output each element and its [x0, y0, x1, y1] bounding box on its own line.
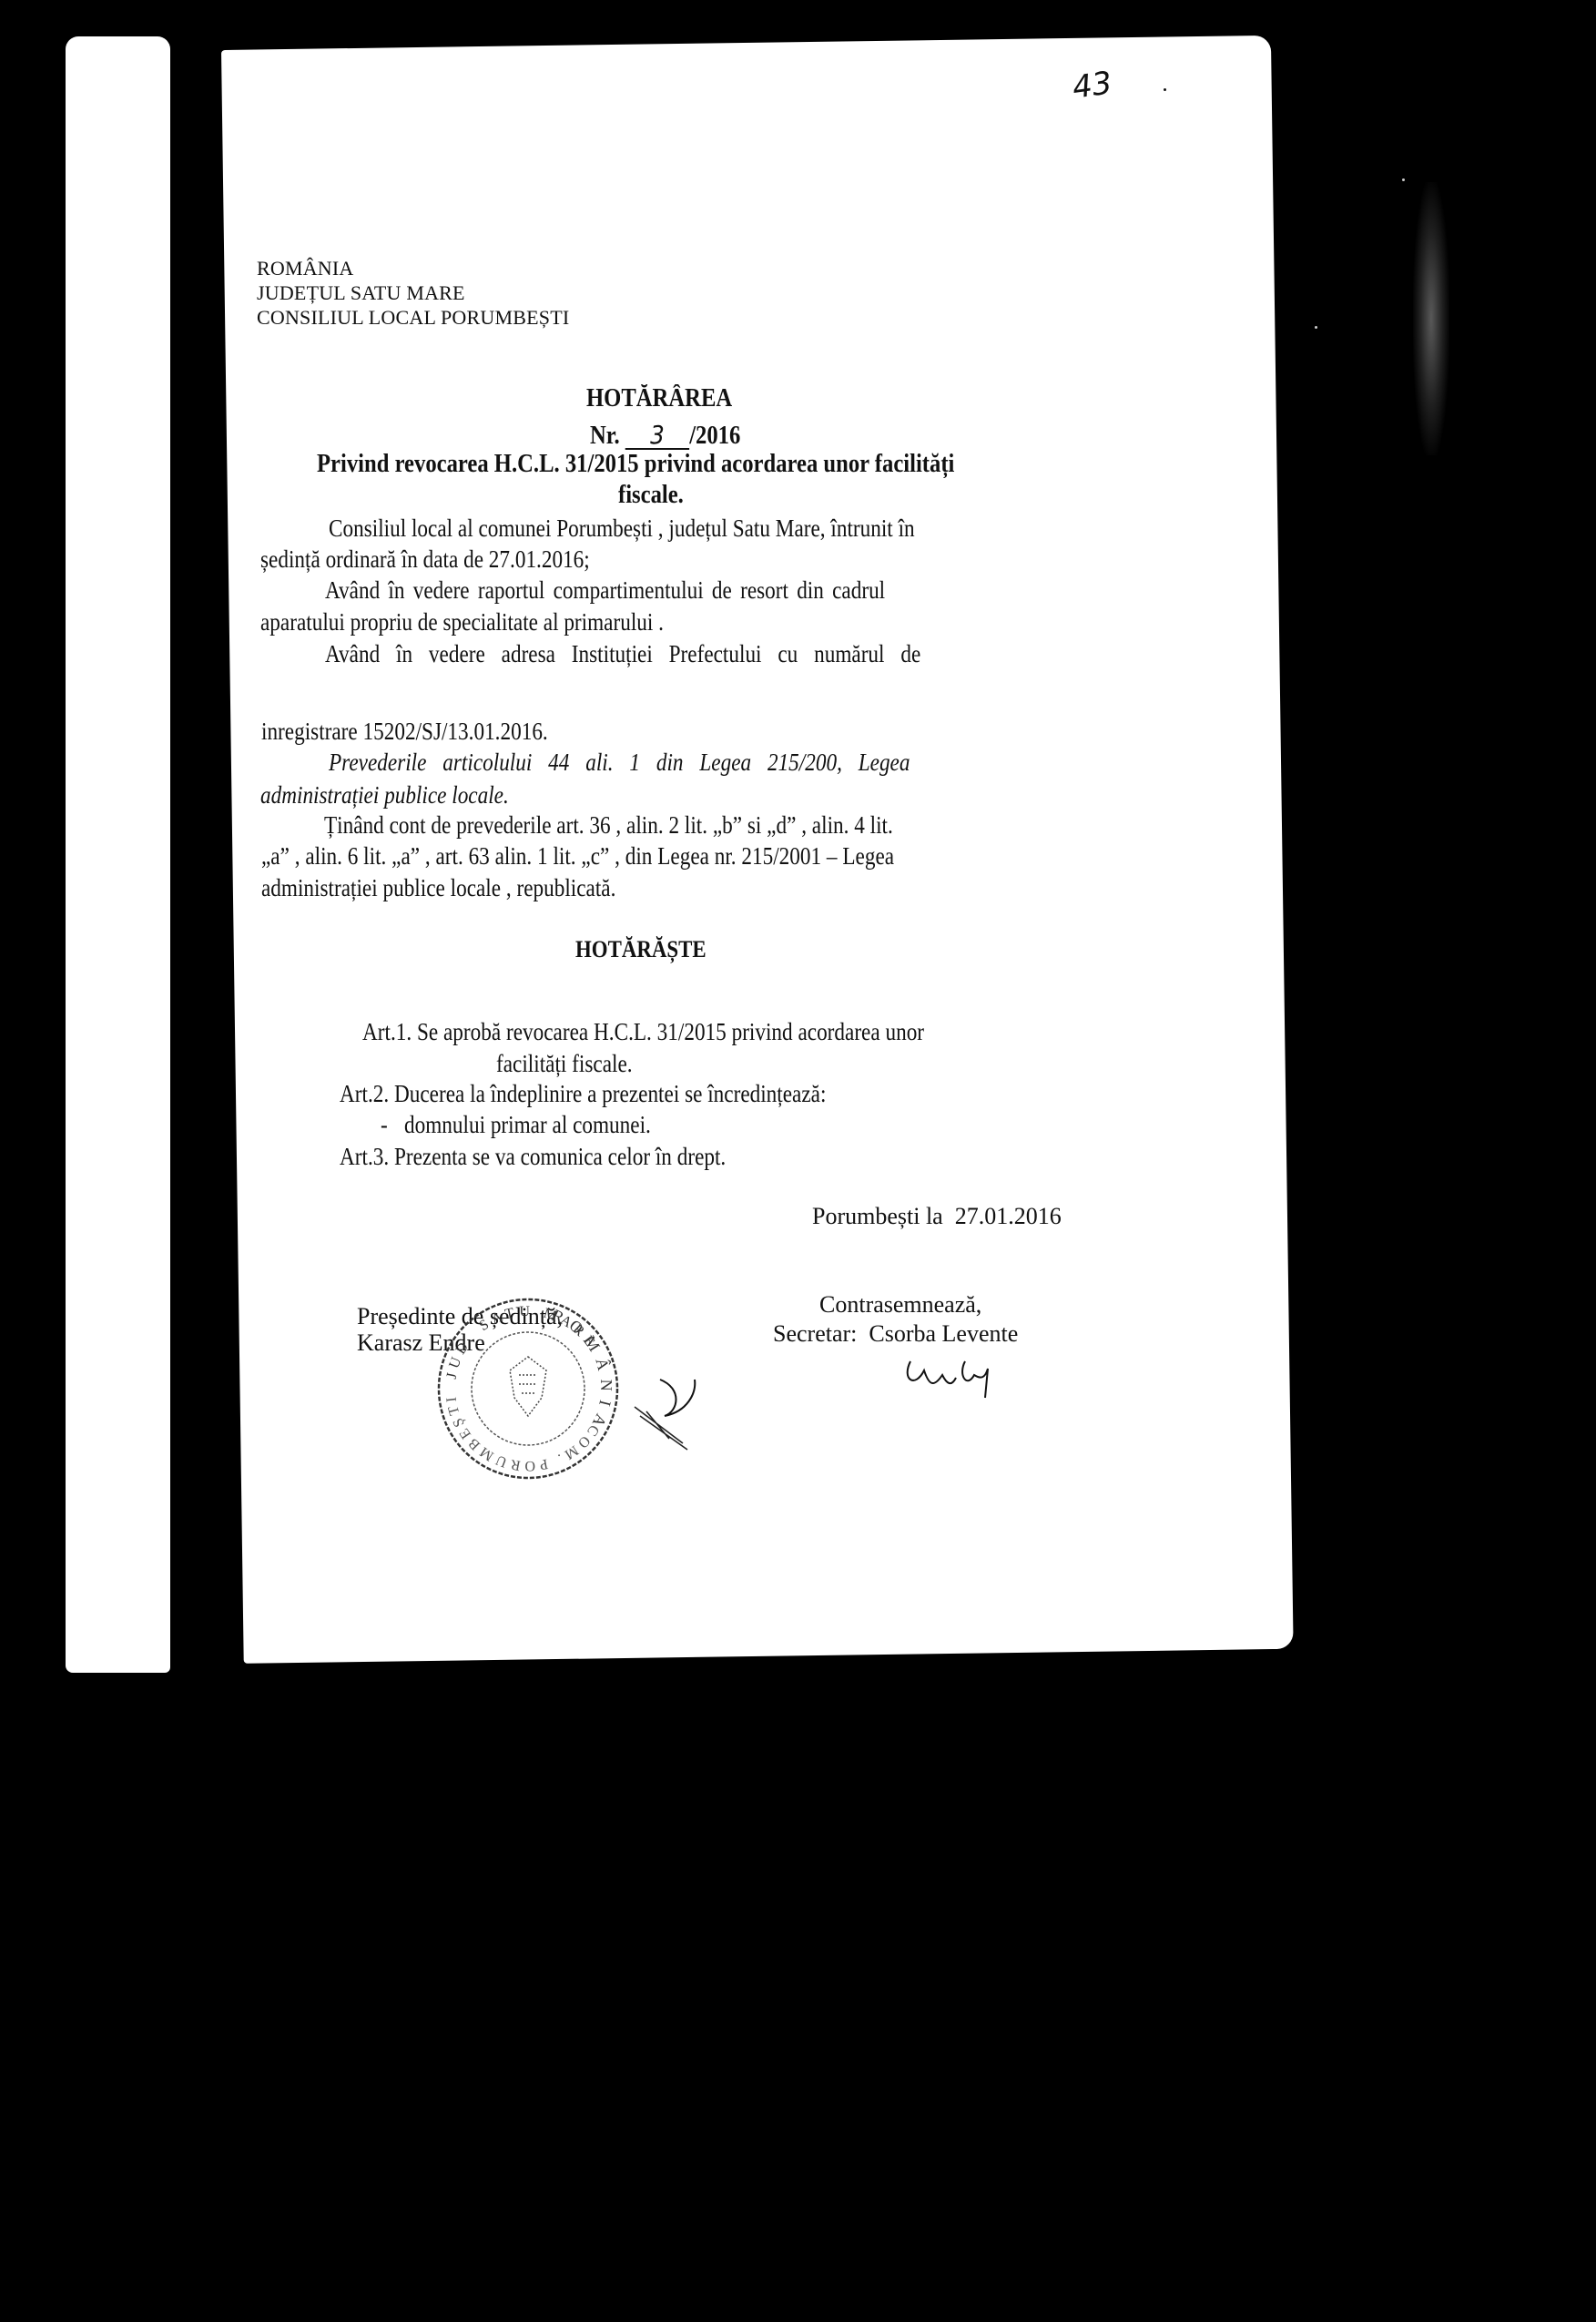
preamble-line: Consiliul local al comunei Porumbești , …	[329, 516, 915, 541]
header-county: JUDEȚUL SATU MARE	[257, 283, 465, 303]
handwritten-page-number: 43	[1070, 65, 1113, 107]
place-date: Porumbești la 27.01.2016	[812, 1205, 1062, 1228]
scan-left-strip	[66, 36, 170, 1673]
place-label: Porumbești la	[812, 1203, 943, 1229]
stamp-text-top: ROMÂNIA	[549, 1306, 615, 1438]
preamble-line: Prevederile articolului 44 ali. 1 din Le…	[329, 750, 910, 775]
preamble-line: Având în vedere raportul compartimentulu…	[325, 578, 885, 603]
official-stamp-icon: JUD. SATU MARE ROMÂNIA COM. PORUMBEȘTI	[432, 1293, 624, 1484]
scan-speck	[1164, 88, 1166, 91]
preamble-line: inregistrare 15202/SJ/13.01.2016.	[261, 719, 548, 744]
resolution-heading: HOTĂRĂȘTE	[575, 938, 707, 962]
article-2: Art.2. Ducerea la îndeplinire a prezente…	[340, 1082, 826, 1106]
scan-left-strip-notch	[80, 36, 160, 47]
decision-number: Nr. 3/2016	[590, 423, 740, 450]
scan-noise-strip	[1413, 182, 1449, 455]
decision-subject-line1: Privind revocarea H.C.L. 31/2015 privind…	[317, 452, 954, 477]
decision-subject-line2: fiscale.	[618, 483, 684, 508]
article-1-line2: facilități fiscale.	[496, 1052, 633, 1076]
article-2-item: domnului primar al comunei.	[404, 1113, 651, 1137]
stamp-text: JUD. SATU MARE	[444, 1304, 601, 1380]
header-council: CONSILIUL LOCAL PORUMBEȘTI	[257, 308, 569, 328]
preamble-line: Ținând cont de prevederile art. 36 , ali…	[324, 813, 893, 838]
secretary-line: Secretar: Csorba Levente	[773, 1322, 1018, 1346]
preamble-line: administrației publice locale , republic…	[261, 876, 615, 901]
secretary-name: Csorba Levente	[869, 1320, 1018, 1347]
decision-number-value: 3	[625, 423, 689, 450]
svg-text:JUD. SATU MARE: JUD. SATU MARE	[444, 1304, 601, 1380]
countersign-label: Contrasemnează,	[819, 1293, 981, 1317]
preamble-line: Având în vedere adresa Instituției Prefe…	[325, 642, 920, 667]
svg-text:ROMÂNIA: ROMÂNIA	[549, 1306, 615, 1438]
preamble-line: „a” , alin. 6 lit. „a” , art. 63 alin. 1…	[261, 844, 894, 869]
header-country: ROMÂNIA	[257, 259, 354, 279]
scan-speck	[1315, 326, 1317, 329]
article-1-line1: Art.1. Se aprobă revocarea H.C.L. 31/201…	[362, 1020, 924, 1044]
preamble-line: administrației publice locale.	[260, 783, 509, 808]
decision-title: HOTĂRÂREA	[586, 386, 732, 412]
scan-speck	[1402, 178, 1405, 181]
decision-number-prefix: Nr.	[590, 422, 620, 450]
article-2-item-bullet: -	[381, 1113, 388, 1137]
date-value: 27.01.2016	[955, 1203, 1062, 1229]
preamble-line: ședință ordinară în data de 27.01.2016;	[260, 547, 590, 572]
secretary-signature-icon	[901, 1352, 1001, 1407]
decision-number-suffix: /2016	[689, 422, 740, 450]
president-signature-icon	[633, 1375, 706, 1457]
article-3: Art.3. Prezenta se va comunica celor în …	[340, 1145, 726, 1169]
preamble-line: aparatului propriu de specialitate al pr…	[260, 610, 664, 635]
secretary-role: Secretar:	[773, 1320, 857, 1347]
